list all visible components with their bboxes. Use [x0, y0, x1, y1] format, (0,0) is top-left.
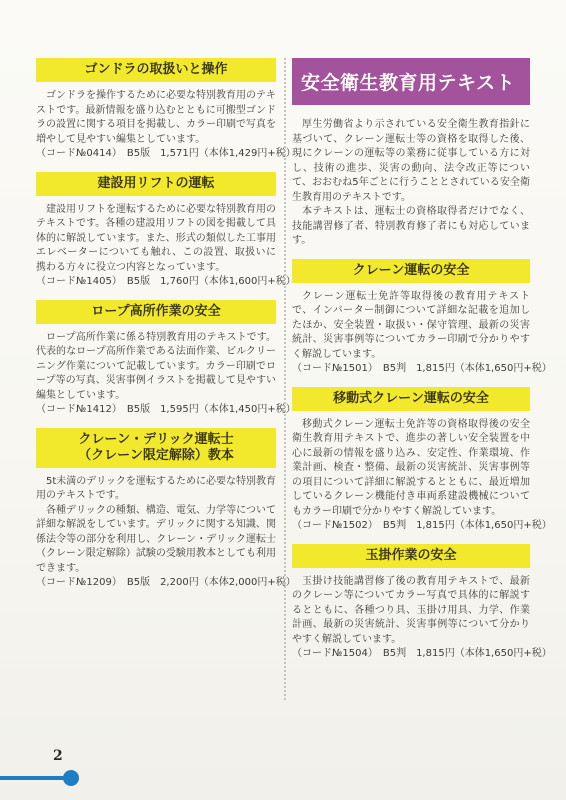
intro-paragraph: 厚生労働省より示されている安全衛生教育指針に基づいて、クレーン運転士等の資格を取… [292, 118, 530, 205]
two-column-layout: ゴンドラの取扱いと操作 ゴンドラを操作するために必要な特別教育用のテキストです。… [0, 0, 566, 671]
section-title: 移動式クレーン運転の安全 [292, 387, 530, 411]
section-title: クレーン運転の安全 [292, 259, 530, 283]
section-title: 玉掛作業の安全 [292, 544, 530, 568]
section-paragraph: 建設用リフトを運転するために必要な特別教育用のテキストです。各種の建設用リフトの… [36, 203, 276, 276]
section-paragraph: 移動式クレーン運転士免許等の資格取得後の安全衛生教育用テキストで、進歩の著しい安… [292, 418, 530, 520]
footer-dot-icon [63, 770, 79, 786]
price-code-line: （コード№0414） B5版 1,571円（本体1,429円+税） [36, 147, 276, 162]
price-code-line: （コード№1504） B5判 1,815円（本体1,650円+税） [292, 647, 530, 662]
catalog-page: ゴンドラの取扱いと操作 ゴンドラを操作するために必要な特別教育用のテキストです。… [0, 0, 566, 800]
section-crane-operation: クレーン運転の安全 クレーン運転士免許等取得後の教育用テキストで、インバーター制… [292, 259, 530, 377]
section-title: クレーン・デリック運転士 （クレーン限定解除）教本 [36, 428, 276, 468]
intro-block: 厚生労働省より示されている安全衛生教育指針に基づいて、クレーン運転士等の資格を取… [292, 118, 530, 249]
right-column: 安全衛生教育用テキスト 厚生労働省より示されている安全衛生教育指針に基づいて、ク… [292, 58, 530, 671]
section-title: ロープ高所作業の安全 [36, 300, 276, 324]
price-code-line: （コード№1412） B5版 1,595円（本体1,450円+税） [36, 403, 276, 418]
page-title: 安全衛生教育用テキスト [292, 58, 530, 105]
price-code-line: （コード№1502） B5判 1,815円（本体1,650円+税） [292, 519, 530, 534]
left-column: ゴンドラの取扱いと操作 ゴンドラを操作するために必要な特別教育用のテキストです。… [36, 58, 276, 671]
section-construction-lift: 建設用リフトの運転 建設用リフトを運転するために必要な特別教育用のテキストです。… [36, 172, 276, 290]
column-divider [276, 58, 292, 671]
section-paragraph: クレーン運転士免許等取得後の教育用テキストで、インバーター制御について詳細な記載… [292, 290, 530, 363]
price-code-line: （コード№1501） B5判 1,815円（本体1,650円+税） [292, 362, 530, 377]
section-slinging-work: 玉掛作業の安全 玉掛け技能講習修了後の教育用テキストで、最新のクレーン等について… [292, 544, 530, 662]
section-title: 建設用リフトの運転 [36, 172, 276, 196]
section-paragraph: 各種デリックの種類、構造、電気、力学等について詳細な解説をしています。デリックに… [36, 504, 276, 577]
section-paragraph: ゴンドラを操作するために必要な特別教育用のテキストです。最新情報を盛り込むととも… [36, 89, 276, 147]
section-rope-work: ロープ高所作業の安全 ロープ高所作業に係る特別教育用のテキストです。代表的なロー… [36, 300, 276, 418]
section-gondola: ゴンドラの取扱いと操作 ゴンドラを操作するために必要な特別教育用のテキストです。… [36, 58, 276, 162]
section-paragraph: 5t未満のデリックを運転するために必要な特別教育用のテキストです。 [36, 475, 276, 504]
section-paragraph: ロープ高所作業に係る特別教育用のテキストです。代表的なロープ高所作業である法面作… [36, 331, 276, 404]
intro-paragraph: 本テキストは、運転士の資格取得者だけでなく、技能講習修了者、特別教育修了者にも対… [292, 205, 530, 249]
section-mobile-crane: 移動式クレーン運転の安全 移動式クレーン運転士免許等の資格取得後の安全衛生教育用… [292, 387, 530, 534]
price-code-line: （コード№1209） B5版 2,200円（本体2,000円+税） [36, 576, 276, 591]
section-crane-derrick: クレーン・デリック運転士 （クレーン限定解除）教本 5t未満のデリックを運転する… [36, 428, 276, 591]
page-number: 2 [53, 748, 63, 764]
price-code-line: （コード№1405） B5版 1,760円（本体1,600円+税） [36, 275, 276, 290]
section-title: ゴンドラの取扱いと操作 [36, 58, 276, 82]
section-paragraph: 玉掛け技能講習修了後の教育用テキストで、最新のクレーン等についてカラー写真で具体… [292, 575, 530, 648]
footer-rule [0, 776, 70, 780]
